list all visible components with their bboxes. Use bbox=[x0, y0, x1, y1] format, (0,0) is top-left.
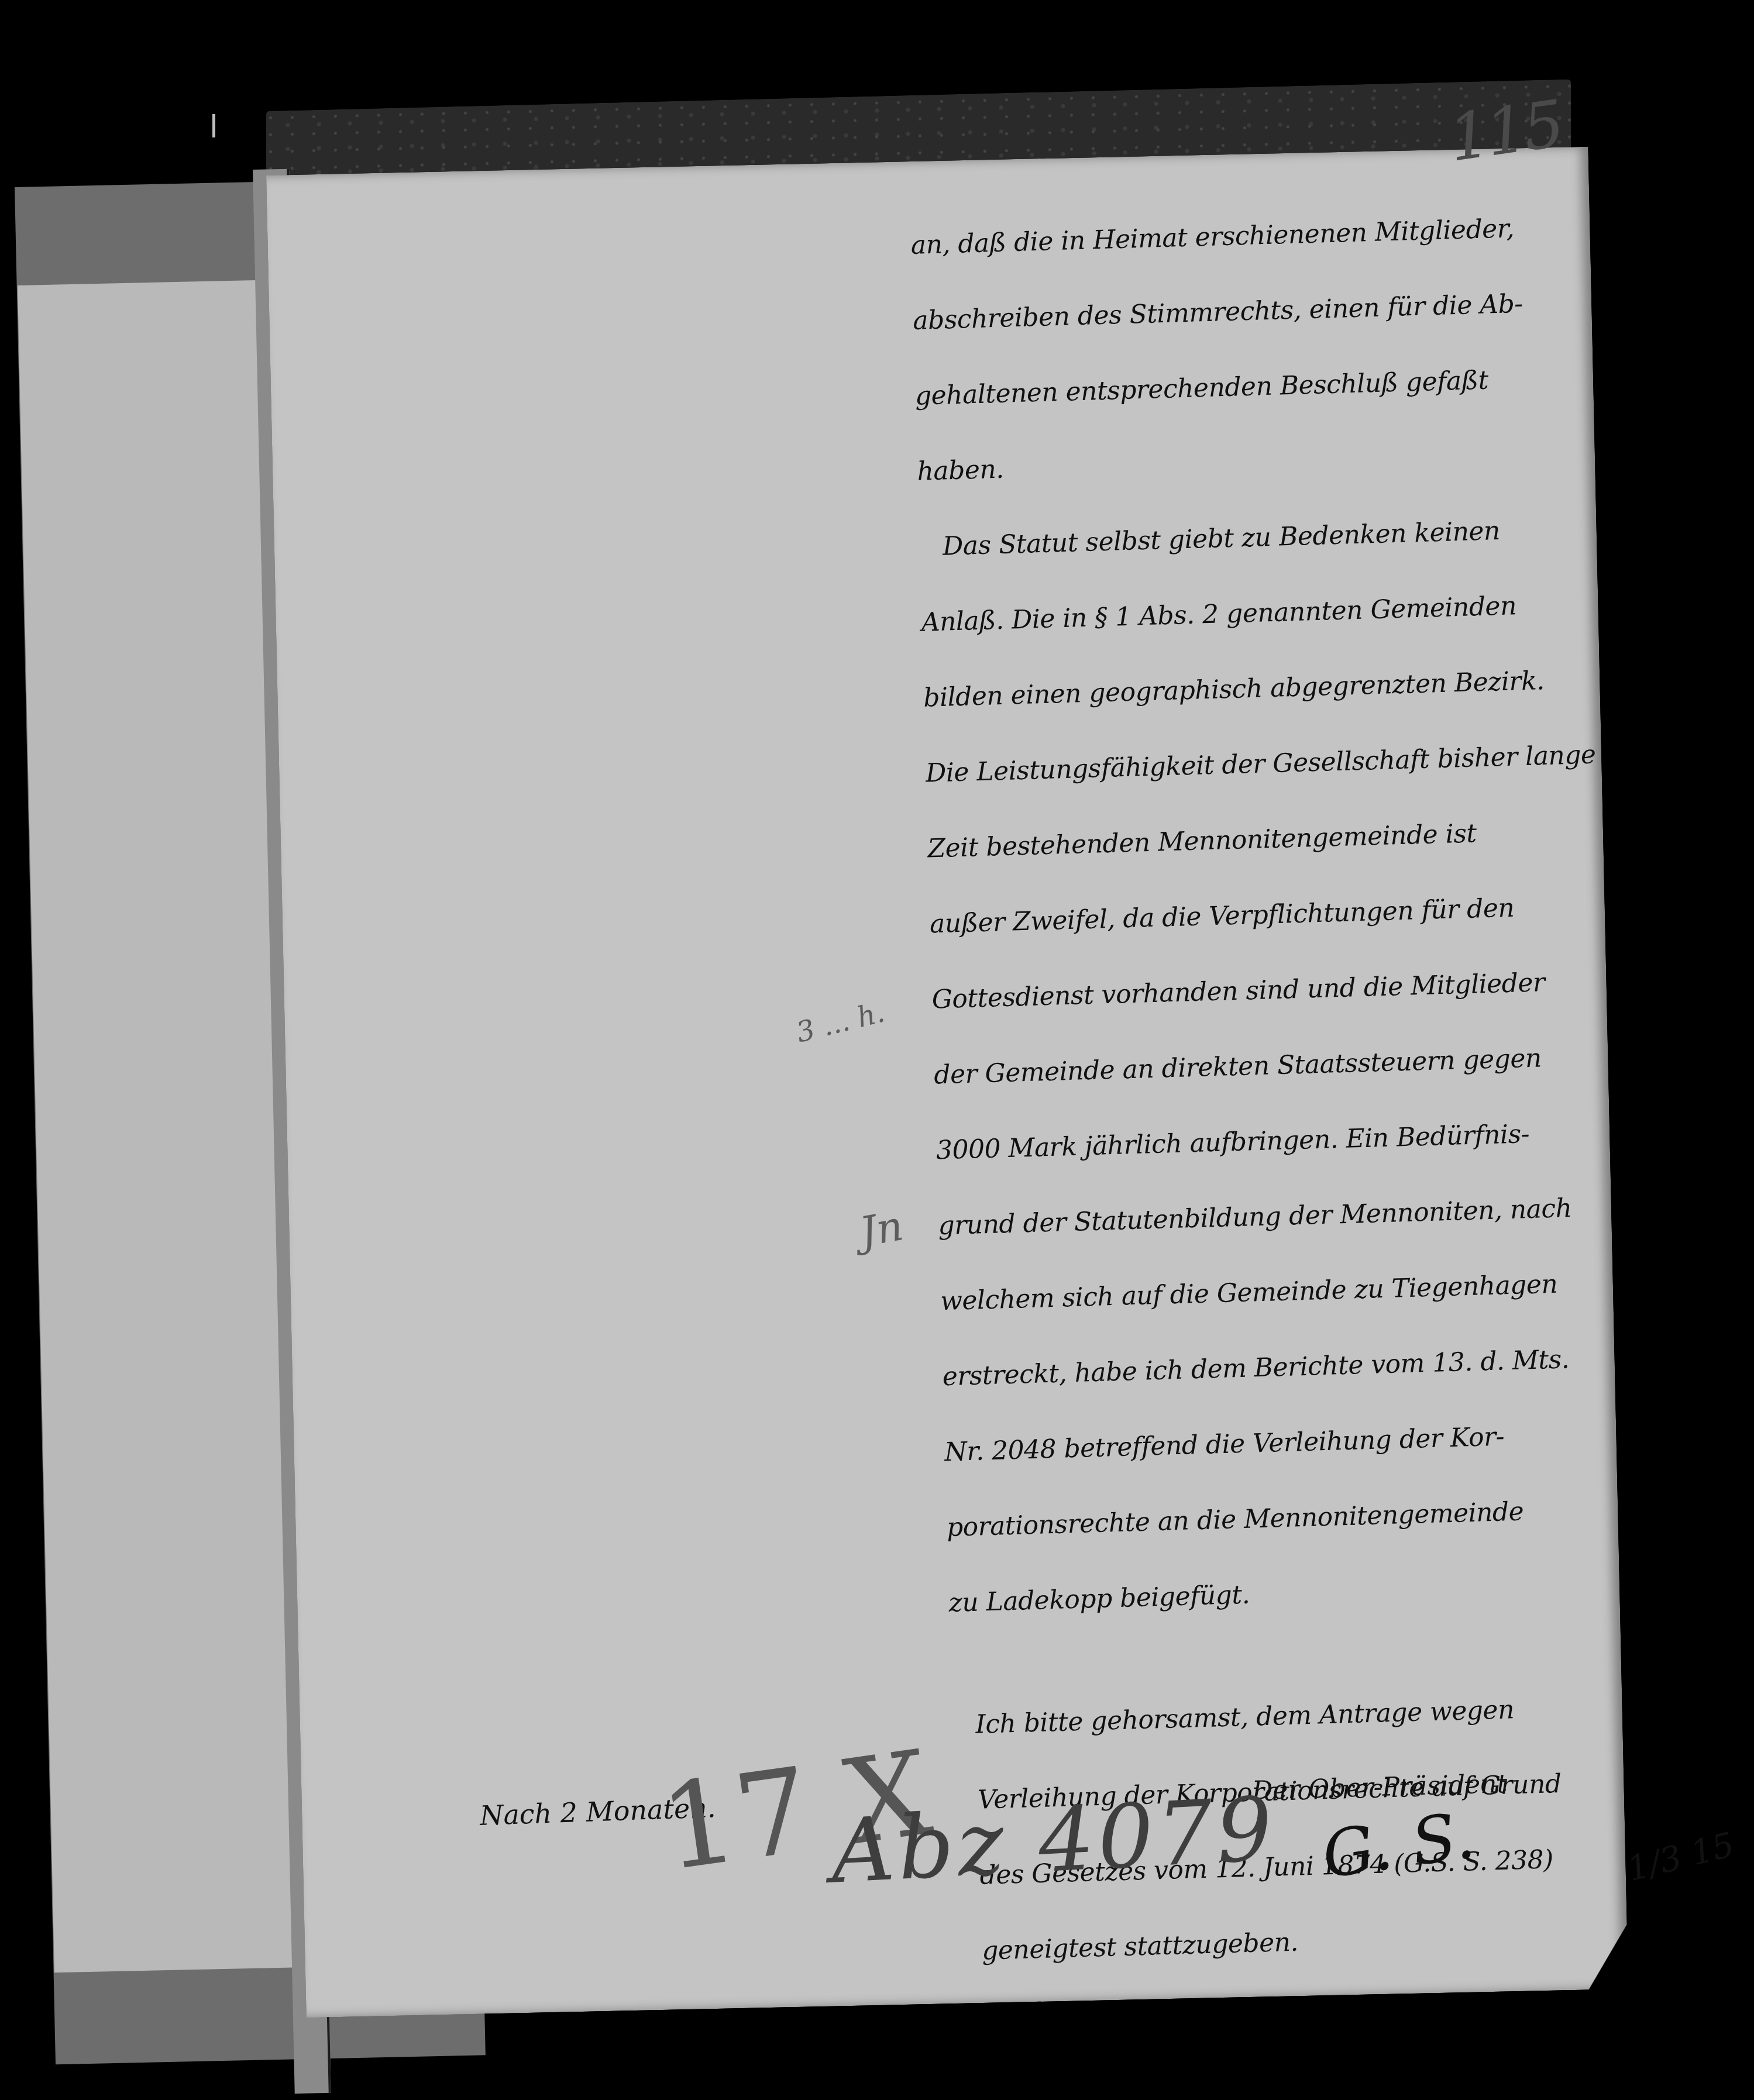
letter-body: an, daß die in Heimat erschienenen Mitgl… bbox=[910, 188, 1650, 1989]
folder-inner-sheet bbox=[18, 280, 293, 1972]
scanned-document: 1.6 8 u ... 115 an, daß die in Heimat er… bbox=[0, 0, 1754, 2100]
folio-number: 115 bbox=[1444, 86, 1566, 175]
pencil-note: Jn bbox=[856, 1202, 906, 1256]
binding-pin bbox=[212, 114, 215, 137]
